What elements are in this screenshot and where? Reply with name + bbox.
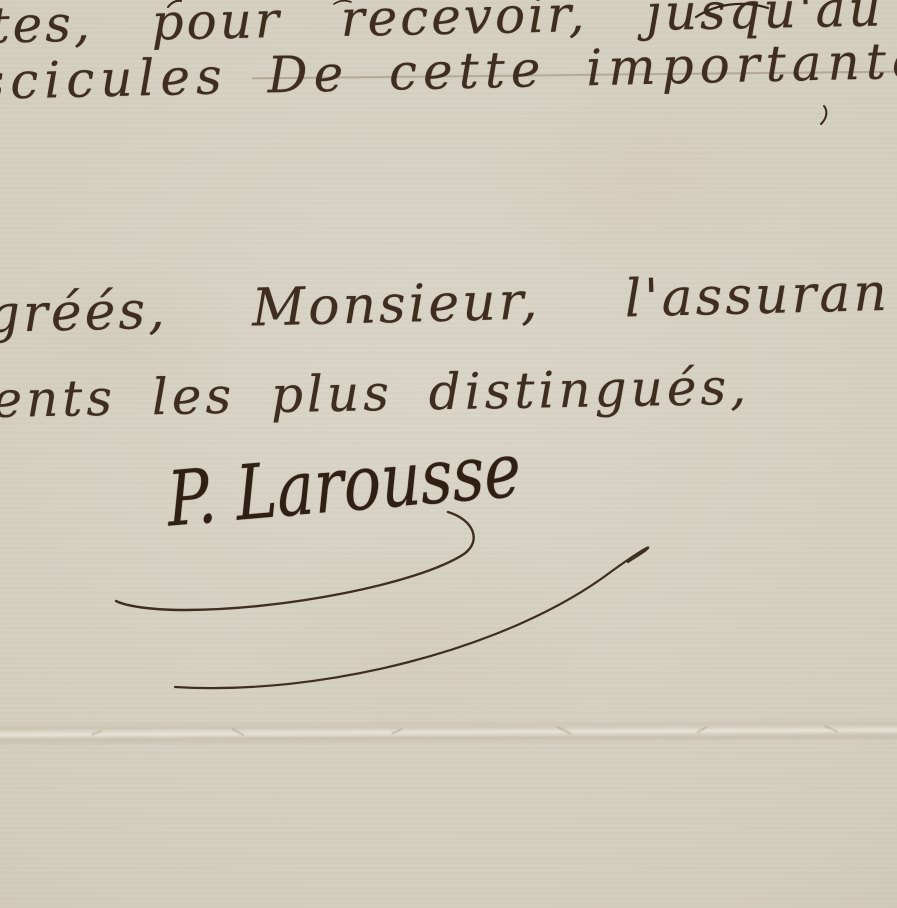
crease-wrinkle	[91, 730, 102, 736]
crease-wrinkle	[391, 728, 403, 735]
crease-wrinkle	[231, 728, 244, 736]
crease-wrinkle	[696, 726, 707, 734]
crease-wrinkle	[824, 725, 839, 733]
handwriting-line-3: gréés, Monsieur, l'assuran	[0, 266, 890, 343]
signature-lower-sweep	[175, 548, 648, 689]
crease-wrinkle	[556, 726, 571, 735]
ink-comma-mark	[821, 106, 826, 124]
letter-page: ites, pour recevoir, jusqu'au scicules D…	[0, 0, 897, 908]
fold-crease	[0, 718, 897, 747]
signature-text: P. Larousse	[165, 425, 523, 544]
handwriting-line-4: ents les plus distingués,	[0, 361, 750, 427]
